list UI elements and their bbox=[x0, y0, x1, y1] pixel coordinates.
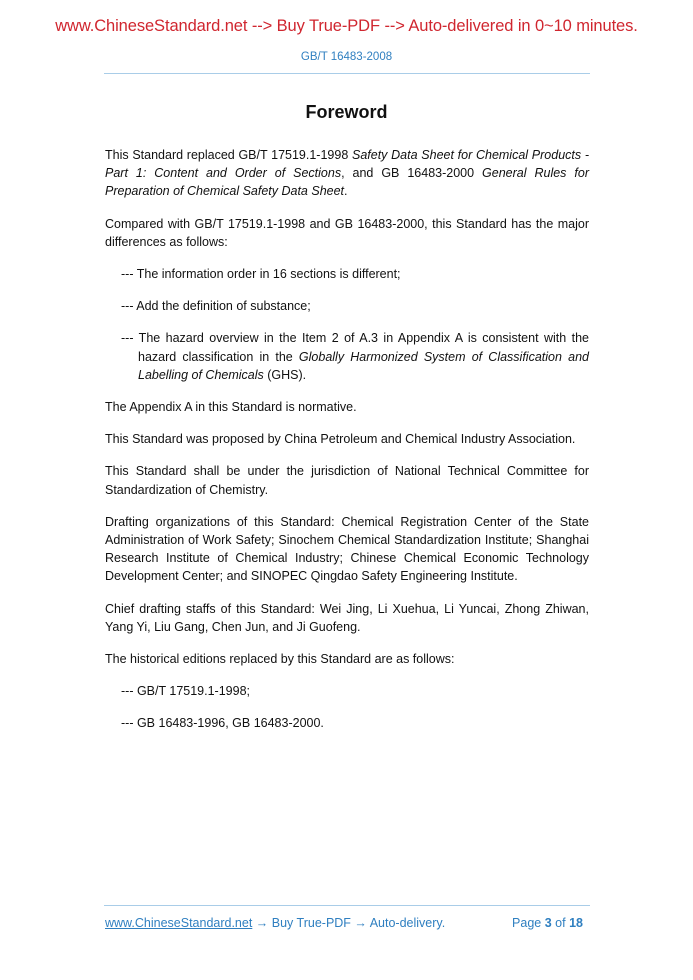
difference-item: --- Add the definition of substance; bbox=[105, 297, 589, 315]
difference-item: --- The hazard overview in the Item 2 of… bbox=[105, 329, 589, 384]
standard-code-header: GB/T 16483-2008 bbox=[0, 51, 693, 63]
paragraph-proposed-by: This Standard was proposed by China Petr… bbox=[105, 430, 589, 448]
footer-website-link[interactable]: www.ChineseStandard.net bbox=[105, 916, 252, 930]
page-indicator: Page 3 of 18 bbox=[512, 916, 583, 930]
difference-item: --- The information order in 16 sections… bbox=[105, 265, 589, 283]
paragraph-appendix: The Appendix A in this Standard is norma… bbox=[105, 398, 589, 416]
history-item: --- GB 16483-1996, GB 16483-2000. bbox=[105, 714, 589, 732]
footer-divider bbox=[104, 905, 590, 906]
footer-tagline: → Buy True-PDF → Auto-delivery. bbox=[252, 916, 445, 930]
paragraph-chief-drafters: Chief drafting staffs of this Standard: … bbox=[105, 600, 589, 636]
paragraph-drafting-organizations: Drafting organizations of this Standard:… bbox=[105, 513, 589, 586]
paragraph-historical-editions: The historical editions replaced by this… bbox=[105, 650, 589, 668]
promo-banner: www.ChineseStandard.net --> Buy True-PDF… bbox=[0, 17, 693, 36]
document-body: This Standard replaced GB/T 17519.1-1998… bbox=[105, 146, 589, 747]
page-footer: www.ChineseStandard.net → Buy True-PDF →… bbox=[105, 916, 587, 930]
page-current: 3 bbox=[545, 916, 552, 930]
header-divider bbox=[104, 73, 590, 74]
paragraph-replaced-standards: This Standard replaced GB/T 17519.1-1998… bbox=[105, 146, 589, 201]
paragraph-jurisdiction: This Standard shall be under the jurisdi… bbox=[105, 462, 589, 498]
page-title: Foreword bbox=[0, 102, 693, 123]
page-total: 18 bbox=[569, 916, 583, 930]
history-item: --- GB/T 17519.1-1998; bbox=[105, 682, 589, 700]
paragraph-differences-intro: Compared with GB/T 17519.1-1998 and GB 1… bbox=[105, 215, 589, 251]
